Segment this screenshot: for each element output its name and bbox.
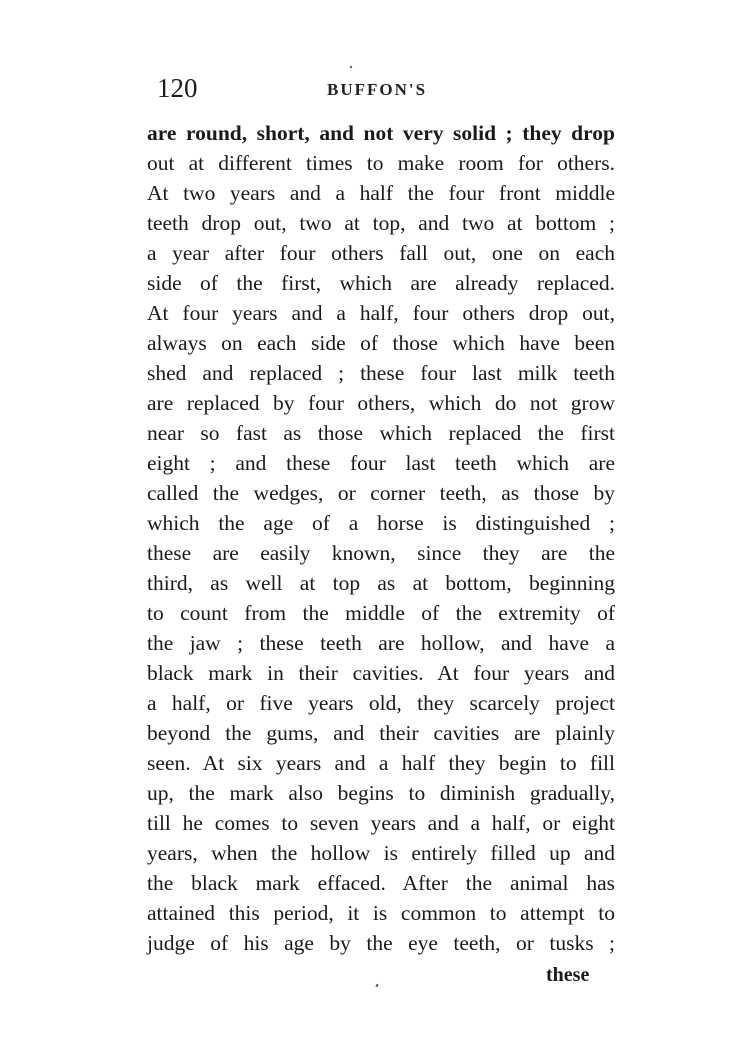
ink-speck <box>375 984 378 988</box>
ink-speck <box>350 66 353 69</box>
catchword: these <box>546 960 589 990</box>
text-line: are round, short, and not very solid ; t… <box>147 118 615 148</box>
text-line: a half, or five years old, they scarcely… <box>147 688 615 718</box>
text-line: these are easily known, since they are t… <box>147 538 615 568</box>
running-title: BUFFON'S <box>327 76 427 104</box>
text-line: attained this period, it is common to at… <box>147 898 615 928</box>
text-line: At two years and a half the four front m… <box>147 178 615 208</box>
text-line: side of the first, which are already rep… <box>147 268 615 298</box>
text-line: seen. At six years and a half they begin… <box>147 748 615 778</box>
text-line: eight ; and these four last teeth which … <box>147 448 615 478</box>
text-line: a year after four others fall out, one o… <box>147 238 615 268</box>
text-line: near so fast as those which replaced the… <box>147 418 615 448</box>
text-line: are replaced by four others, which do no… <box>147 388 615 418</box>
book-page: 120 BUFFON'S are round, short, and not v… <box>0 0 750 1050</box>
text-line: always on each side of those which have … <box>147 328 615 358</box>
page-number: 120 <box>157 72 198 104</box>
text-line: At four years and a half, four others dr… <box>147 298 615 328</box>
body-text: are round, short, and not very solid ; t… <box>147 118 615 958</box>
text-line: till he comes to seven years and a half,… <box>147 808 615 838</box>
text-line: out at different times to make room for … <box>147 148 615 178</box>
text-line: the jaw ; these teeth are hollow, and ha… <box>147 628 615 658</box>
text-line: beyond the gums, and their cavities are … <box>147 718 615 748</box>
text-line: shed and replaced ; these four last milk… <box>147 358 615 388</box>
text-line: black mark in their cavities. At four ye… <box>147 658 615 688</box>
text-line: up, the mark also begins to diminish gra… <box>147 778 615 808</box>
text-line: third, as well at top as at bottom, begi… <box>147 568 615 598</box>
text-line: which the age of a horse is distinguishe… <box>147 508 615 538</box>
text-line: judge of his age by the eye teeth, or tu… <box>147 928 615 958</box>
text-line: to count from the middle of the extremit… <box>147 598 615 628</box>
text-line: called the wedges, or corner teeth, as t… <box>147 478 615 508</box>
text-line: years, when the hollow is entirely fille… <box>147 838 615 868</box>
running-head: 120 BUFFON'S <box>147 72 612 104</box>
text-line: the black mark effaced. After the animal… <box>147 868 615 898</box>
text-line: teeth drop out, two at top, and two at b… <box>147 208 615 238</box>
